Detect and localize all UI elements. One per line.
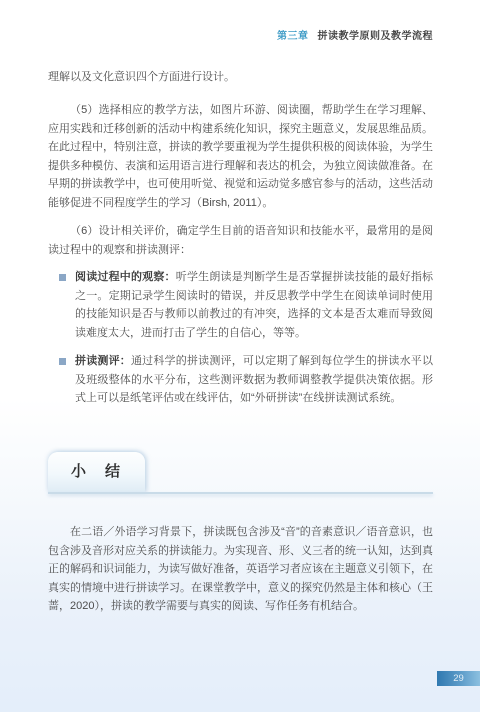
assessment-bullet-list: 阅读过程中的观察：听学生朗读是判断学生是否掌握拼读技能的最好指标之一。定期记录学… bbox=[48, 268, 433, 418]
page-number-badge: 29 bbox=[437, 671, 480, 686]
chapter-label: 第三章 bbox=[277, 31, 309, 42]
running-header: 第三章拼读教学原则及教学流程 bbox=[277, 27, 433, 42]
summary-section-heading: 小 结 bbox=[48, 452, 145, 492]
summary-paragraph: 在二语／外语学习背景下，拼读既包含涉及“音”的音素意识／语音意识，也包含涉及音形… bbox=[48, 523, 433, 616]
list-item: 阅读过程中的观察：听学生朗读是判断学生是否掌握拼读技能的最好指标之一。定期记录学… bbox=[48, 268, 433, 342]
summary-heading-rule bbox=[48, 492, 433, 494]
square-bullet-icon bbox=[59, 358, 66, 365]
bullet-title: 阅读过程中的观察： bbox=[75, 271, 176, 283]
bullet-title: 拼读测评： bbox=[75, 355, 131, 367]
square-bullet-icon bbox=[59, 274, 66, 281]
chapter-title: 拼读教学原则及教学流程 bbox=[318, 31, 434, 42]
book-page: 第三章拼读教学原则及教学流程 理解以及文化意识四个方面进行设计。 （5）选择相应… bbox=[0, 0, 480, 712]
list-item: 拼读测评：通过科学的拼读测评，可以定期了解到每位学生的拼读水平以及班级整体的水平… bbox=[48, 352, 433, 408]
paragraph-intro: 理解以及文化意识四个方面进行设计。 bbox=[48, 68, 433, 87]
paragraph-6: （6）设计相关评价，确定学生目前的语音知识和技能水平，最常用的是阅读过程中的观察… bbox=[48, 222, 433, 259]
paragraph-5: （5）选择相应的教学方法，如图片环游、阅读圈，帮助学生在学习理解、应用实践和迁移… bbox=[48, 101, 433, 212]
